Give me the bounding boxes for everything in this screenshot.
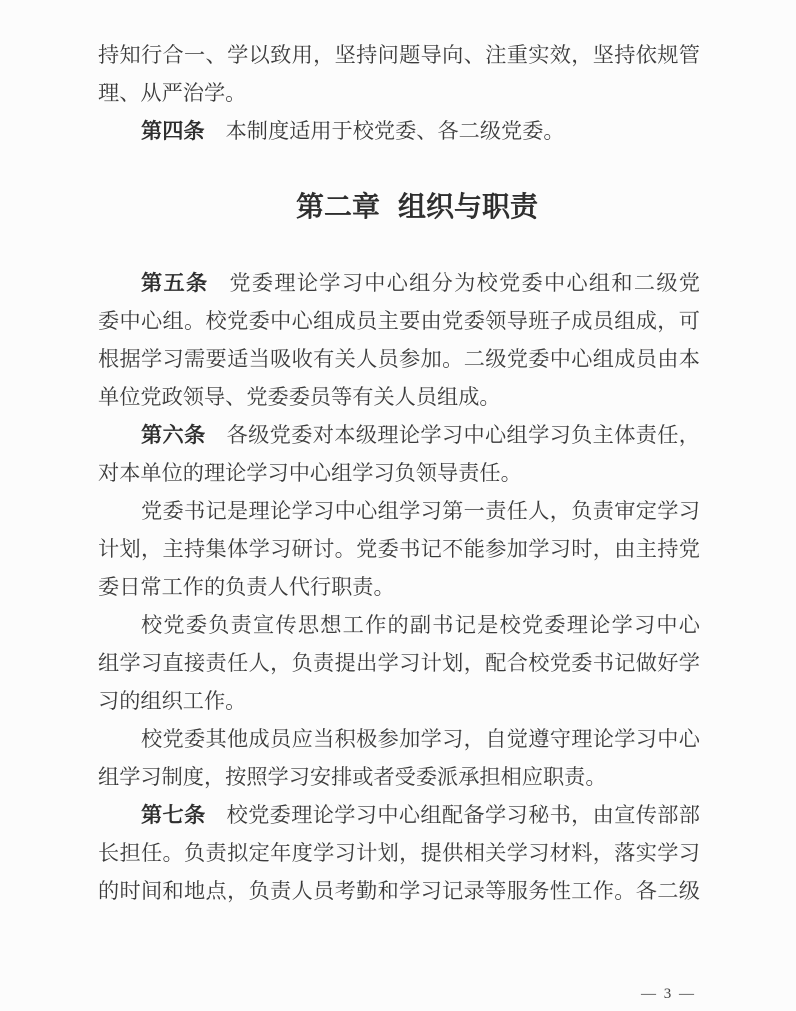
body-text-line: 理、从严治学。 bbox=[98, 74, 700, 112]
document-body: 持知行合一、学以致用，坚持问题导向、注重实效，坚持依规管 理、从严治学。 第四条… bbox=[98, 36, 700, 910]
article-number: 第五条 bbox=[141, 272, 208, 295]
body-text-line: 计划，主持集体学习研讨。党委书记不能参加学习时，由主持党 bbox=[98, 530, 700, 568]
article-number: 第四条 bbox=[141, 120, 205, 143]
body-text-line: 长担任。负责拟定年度学习计划，提供相关学习材料，落实学习 bbox=[98, 834, 700, 872]
body-text-line: 组学习制度，按照学习安排或者受委派承担相应职责。 bbox=[98, 758, 700, 796]
body-text-line: 对本单位的理论学习中心组学习负领导责任。 bbox=[98, 454, 700, 492]
body-text-line: 校党委负责宣传思想工作的副书记是校党委理论学习中心 bbox=[98, 606, 700, 644]
body-text-line: 第四条本制度适用于校党委、各二级党委。 bbox=[98, 112, 700, 150]
body-text-line: 委日常工作的负责人代行职责。 bbox=[98, 568, 700, 606]
body-text-line: 组学习直接责任人，负责提出学习计划，配合校党委书记做好学 bbox=[98, 644, 700, 682]
chapter-title: 组织与职责 bbox=[398, 191, 538, 222]
body-text-line: 根据学习需要适当吸收有关人员参加。二级党委中心组成员由本 bbox=[98, 340, 700, 378]
body-text-line: 校党委其他成员应当积极参加学习，自觉遵守理论学习中心 bbox=[98, 720, 700, 758]
article-text: 校党委理论学习中心组配备学习秘书，由宣传部部 bbox=[227, 803, 700, 827]
document-page: 持知行合一、学以致用，坚持问题导向、注重实效，坚持依规管 理、从严治学。 第四条… bbox=[0, 0, 796, 1011]
article-text: 本制度适用于校党委、各二级党委。 bbox=[226, 119, 565, 143]
article-text: 各级党委对本级理论学习中心组学习负主体责任， bbox=[227, 423, 700, 447]
chapter-heading: 第二章组织与职责 bbox=[98, 188, 700, 226]
body-text-line: 第五条党委理论学习中心组分为校党委中心组和二级党 bbox=[98, 264, 700, 302]
body-text-line: 的时间和地点，负责人员考勤和学习记录等服务性工作。各二级 bbox=[98, 872, 700, 910]
body-text-line: 持知行合一、学以致用，坚持问题导向、注重实效，坚持依规管 bbox=[98, 36, 700, 74]
body-text-line: 单位党政领导、党委委员等有关人员组成。 bbox=[98, 378, 700, 416]
body-text-line: 委中心组。校党委中心组成员主要由党委领导班子成员组成，可 bbox=[98, 302, 700, 340]
article-text: 党委理论学习中心组分为校党委中心组和二级党 bbox=[229, 271, 700, 295]
article-number: 第六条 bbox=[141, 424, 206, 447]
body-text-line: 第六条各级党委对本级理论学习中心组学习负主体责任， bbox=[98, 416, 700, 454]
body-text-line: 习的组织工作。 bbox=[98, 682, 700, 720]
page-number: — 3 — bbox=[641, 986, 696, 1003]
body-text-line: 第七条校党委理论学习中心组配备学习秘书，由宣传部部 bbox=[98, 796, 700, 834]
chapter-number: 第二章 bbox=[296, 191, 380, 222]
article-number: 第七条 bbox=[141, 804, 206, 827]
body-text-line: 党委书记是理论学习中心组学习第一责任人，负责审定学习 bbox=[98, 492, 700, 530]
